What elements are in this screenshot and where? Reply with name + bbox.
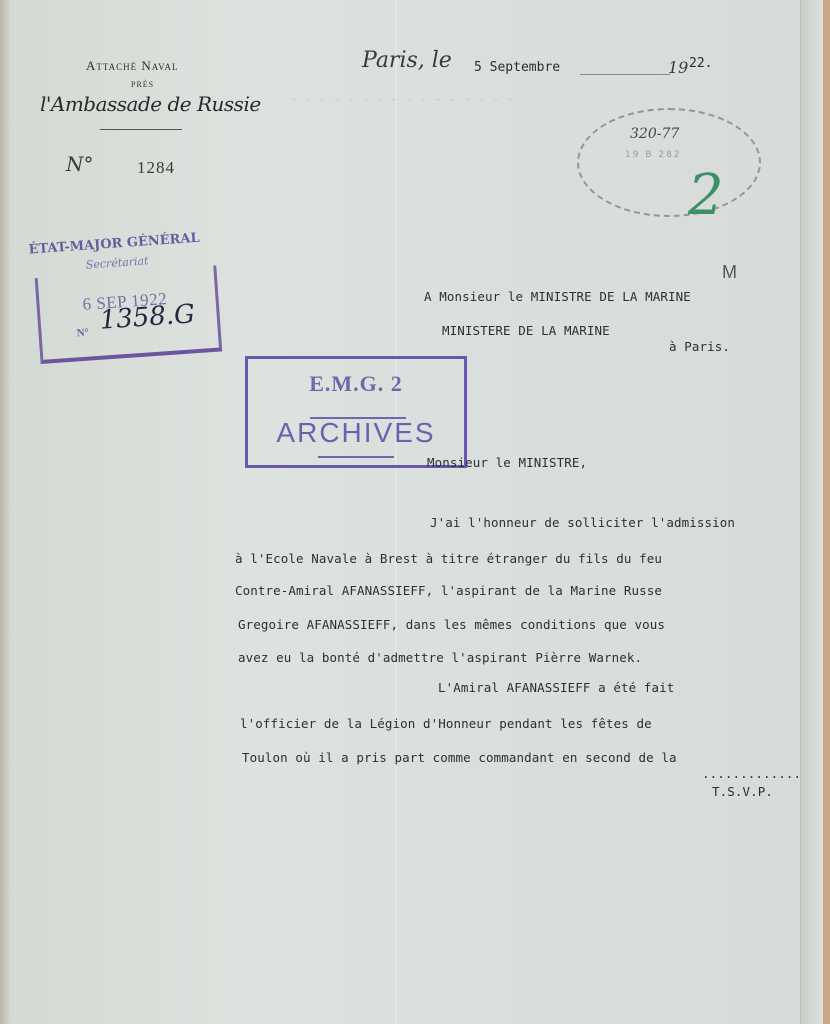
letterhead-title: Attaché Naval	[86, 58, 178, 74]
dateline-place: Paris, le	[362, 48, 452, 73]
letterhead-pres: PRÈS	[131, 80, 154, 89]
page-fold	[395, 0, 397, 1024]
archives-stamp: E.M.G. 2 ARCHIVES	[245, 356, 467, 468]
document-page: - - - - - - - - - - - - - - - - Attaché …	[0, 0, 812, 1024]
dateline-day-month: 5 Septembre	[474, 60, 560, 75]
tsvp-mark: T.S.V.P.	[712, 784, 773, 799]
oval-stamp-faded-text: 19 B 282	[625, 150, 682, 160]
body-line: l'officier de la Légion d'Honneur pendan…	[240, 716, 652, 731]
address-line-2: MINISTERE DE LA MARINE	[442, 323, 610, 338]
oval-registry-stamp	[577, 108, 761, 217]
etat-major-stamp: ÉTAT-MAJOR GÉNÉRAL Secrétariat 6 SEP 192…	[28, 222, 222, 367]
body-line: Toulon où il a pris part comme commandan…	[242, 750, 677, 765]
bleed-through-text: - - - - - - - - - - - - - - - -	[290, 92, 514, 106]
dateline-year: 22.	[689, 56, 712, 71]
dateline-rule	[580, 74, 670, 75]
archives-stamp-rule-bottom	[318, 456, 394, 458]
etat-major-stamp-number-label: N°	[76, 327, 89, 340]
reference-number: 1284	[137, 158, 175, 178]
etat-major-stamp-title: ÉTAT-MAJOR GÉNÉRAL	[28, 229, 219, 257]
body-line: J'ai l'honneur de solliciter l'admission	[430, 515, 735, 530]
oval-stamp-number: 320-77	[630, 126, 679, 142]
body-line: à l'Ecole Navale à Brest à titre étrange…	[235, 551, 662, 566]
etat-major-stamp-subtitle: Secrétariat	[85, 254, 148, 271]
address-line-1: A Monsieur le MINISTRE DE LA MARINE	[424, 289, 691, 304]
body-line: Gregoire AFANASSIEFF, dans les mêmes con…	[238, 617, 665, 632]
body-line: L'Amiral AFANASSIEFF a été fait	[438, 680, 674, 695]
m-annotation: M	[722, 262, 737, 283]
letterhead-ambassade: l'Ambassade de Russie	[40, 92, 261, 116]
green-pencil-mark: 2	[688, 168, 724, 224]
address-line-3: à Paris.	[669, 339, 730, 354]
archives-stamp-main: ARCHIVES	[248, 417, 464, 449]
dateline-century: 19	[668, 58, 688, 77]
continuation-dots: ..............	[702, 766, 809, 781]
body-line: avez eu la bonté d'admettre l'aspirant P…	[238, 650, 642, 665]
letterhead-rule	[100, 129, 182, 130]
underlying-page-edge	[800, 0, 823, 1024]
salutation: Monsieur le MINISTRE,	[427, 455, 587, 470]
archives-stamp-top: E.M.G. 2	[248, 371, 464, 397]
body-line: Contre-Amiral AFANASSIEFF, l'aspirant de…	[235, 583, 662, 598]
page-left-edge	[0, 0, 10, 1024]
reference-number-label: N°	[66, 152, 94, 176]
